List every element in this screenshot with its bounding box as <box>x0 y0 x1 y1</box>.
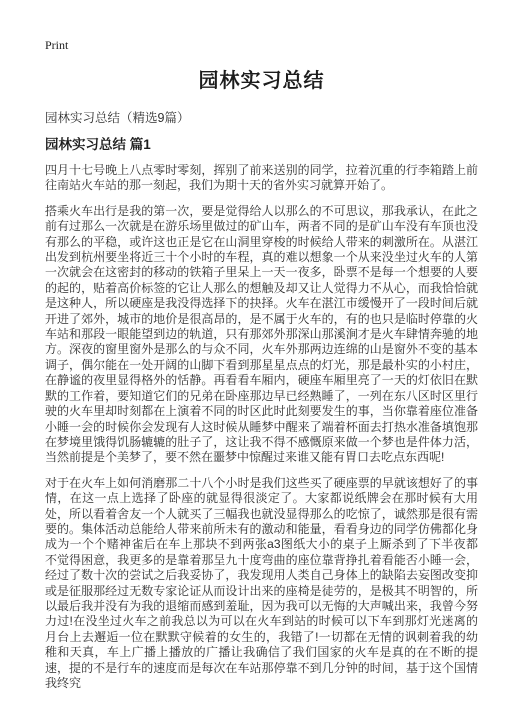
print-button[interactable]: Print <box>45 38 68 52</box>
document-page: Print 园林实习总结 园林实习总结（精选9篇） 园林实习总结 篇1 四月十七… <box>0 0 520 718</box>
section-heading: 园林实习总结 篇1 <box>45 136 478 153</box>
paragraph-2: 搭乘火车出行是我的第一次，要是觉得给人以那么的不可思议，那我承认，在此之前有过那… <box>45 204 478 466</box>
paragraph-3: 对于在火车上如何消磨那二十八个小时是我们这些买了硬座票的早就该想好了的事情，在这… <box>45 476 478 692</box>
collection-subtitle: 园林实习总结（精选9篇） <box>45 110 478 126</box>
page-title: 园林实习总结 <box>45 68 478 94</box>
paragraph-1: 四月十七号晚上八点零时零刻，挥别了前来送别的同学，拉着沉重的行李箱踏上前往南站火… <box>45 163 478 194</box>
